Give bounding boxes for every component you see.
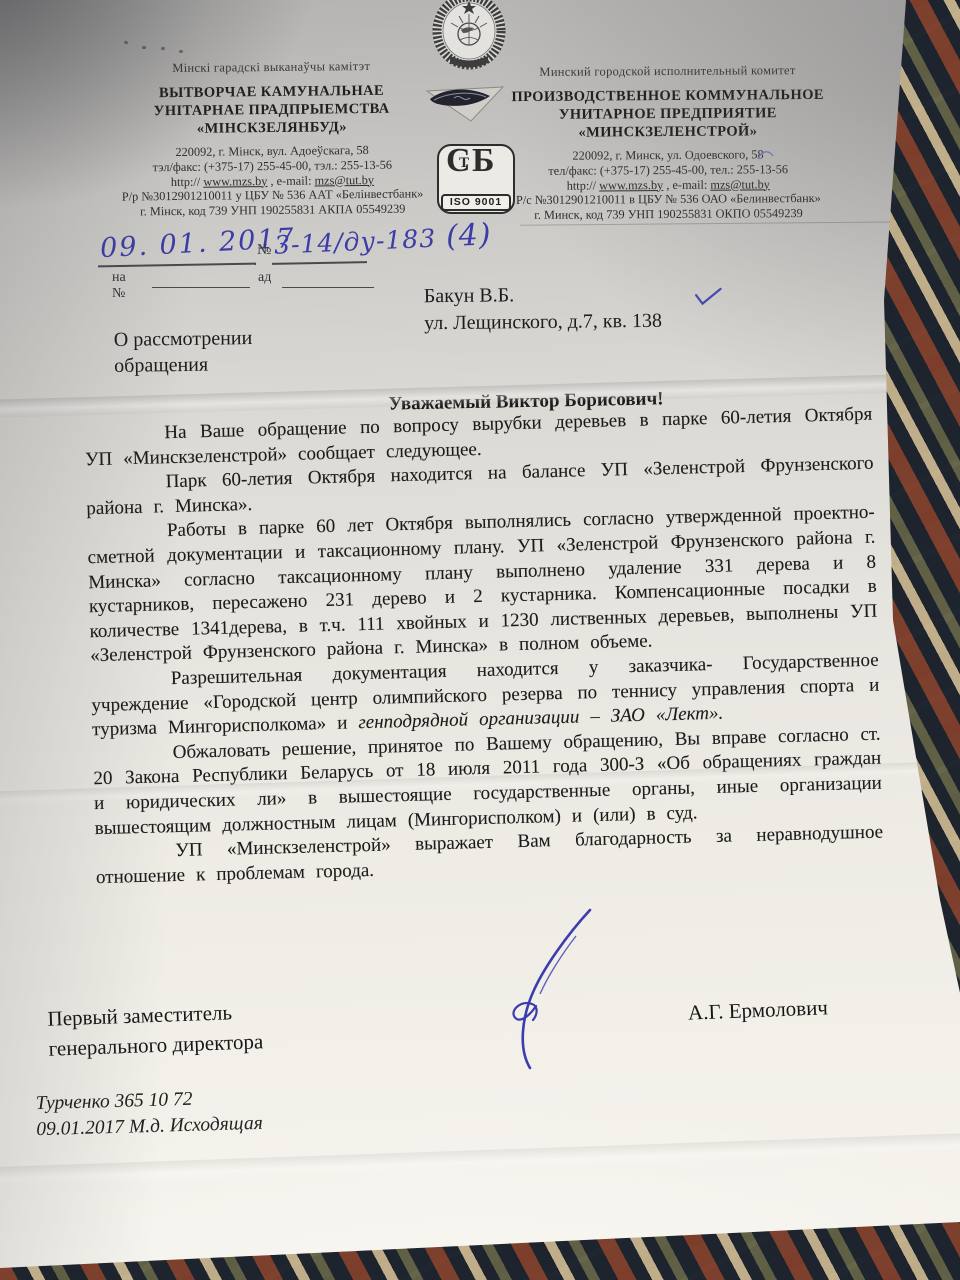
website-link: www.mzs.by [599, 178, 663, 192]
pen-mark [124, 40, 129, 44]
subject-block: О рассмотрении обращения [114, 325, 253, 379]
photo-scene: Мінскі гарадскі выканаўчы камітэт ВЫТВОР… [0, 0, 960, 1280]
letter-document: Мінскі гарадскі выканаўчы камітэт ВЫТВОР… [0, 0, 960, 1280]
signer-name: А.Г. Ермолович [688, 995, 829, 1025]
recipient-address: ул. Лещинского, д.7, кв. 138 [424, 308, 662, 337]
stb-iso9001-badge-icon: С Т Б ISO 9001 [437, 144, 515, 214]
contact-block: 220092, г. Минск, ул. Одоевского, 58 тел… [486, 147, 851, 224]
recipient-block: Бакун В.Б. ул. Лещинского, д.7, кв. 138 [424, 281, 662, 337]
website-link: www.mzs.by [203, 174, 267, 189]
email-link: mzs@tut.by [314, 173, 374, 188]
handwritten-number: 3-14/ду-183(4) [273, 217, 492, 261]
email-link: mzs@tut.by [710, 177, 770, 191]
paragraph: Работы в парке 60 лет Октября выполнялис… [87, 501, 879, 669]
executor-block: Турченко 365 10 72 09.01.2017 М.д. Исход… [35, 1085, 263, 1143]
signer-title: Первый заместитель генерального директор… [47, 996, 264, 1063]
blank-line [282, 287, 374, 288]
letter-body: На Ваше обращение по вопросу вырубки дер… [84, 403, 884, 891]
pen-squiggle [756, 148, 776, 164]
reg-line: г. Мінск, код 739 УНП 190255831 АКПА 055… [85, 201, 461, 220]
pen-checkmark-icon [693, 285, 722, 309]
pen-mark [161, 47, 166, 51]
iso-label: ISO 9001 [441, 194, 511, 211]
org-name: ПРОИЗВОДСТВЕННОЕ КОММУНАЛЬНОЕ УНИТАРНОЕ … [486, 86, 850, 143]
committee-line: Мінскі гарадскі выканаўчы камітэт [83, 58, 459, 77]
number-sign-label: № [257, 242, 271, 259]
pen-signature [478, 898, 653, 1076]
committee-line: Минский городской исполнительный комитет [485, 63, 849, 81]
reg-line: г. Минск, код 739 УНП 190255831 ОКПО 055… [486, 206, 850, 223]
pen-mark [142, 46, 146, 49]
recipient-name: Бакун В.Б. [424, 281, 662, 310]
contact-block: 220092, г. Мінск, вул. Адоеўскага, 58 тэ… [84, 142, 461, 220]
pen-mark [179, 50, 183, 53]
letterhead-right: Минский городской исполнительный комитет… [485, 63, 850, 224]
org-name: ВЫТВОРЧАЕ КАМУНАЛЬНАЕ УНІТАРНАЕ ПРАДПРЫЕ… [83, 81, 460, 139]
date-underline [98, 263, 256, 267]
number-underline [272, 261, 367, 264]
outgoing-note: 09.01.2017 М.д. Исходящая [36, 1111, 263, 1143]
letterhead-left: Мінскі гарадскі выканаўчы камітэт ВЫТВОР… [83, 58, 461, 220]
handwritten-number-suffix: (4) [445, 217, 492, 254]
letter-content: Мінскі гарадскі выканаўчы камітэт ВЫТВОР… [0, 0, 960, 1280]
from-label: ад [258, 270, 271, 286]
blank-line [152, 287, 250, 288]
on-number-label: на № [112, 270, 126, 302]
